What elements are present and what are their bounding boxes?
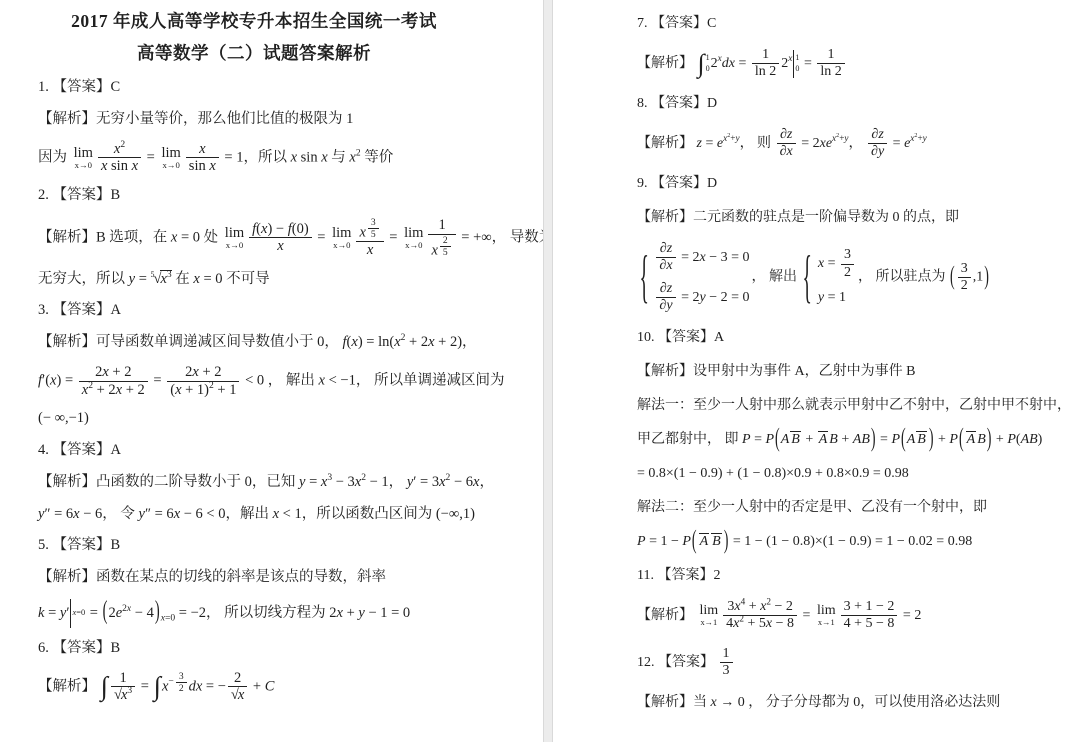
solution-line: 【解析】可导函数单调递减区间导数值小于 0， f(x) = ln(x2 + 2x… xyxy=(38,332,525,354)
solution-line: 【解析】 limx→13x4 + x2 − 24x2 + 5x − 8 = li… xyxy=(637,599,1054,632)
solution-line: = 0.8×(1 − 0.9) + (1 − 0.8)×0.9 + 0.8×0.… xyxy=(637,463,1054,484)
page-divider xyxy=(543,0,553,742)
solution-line: 甲乙都射中， 即 P = P(AB + AB + AB) = P(AB) + P… xyxy=(637,429,1054,450)
solution-line: 因为 limx→0x2x sin x = limx→0xsin x = 1，所以… xyxy=(38,141,525,175)
solution-line: 解法一：至少一人射中那么就表示甲射中乙不射中，乙射中甲不射中， xyxy=(637,395,1054,416)
answer-heading: 9. 【答案】D xyxy=(637,173,1054,194)
answer-heading: 5. 【答案】B xyxy=(38,535,525,557)
solution-line: 解法二：至少一人射中的否定是甲、乙没有一个射中，即 xyxy=(637,497,1054,518)
left-column-content: 1. 【答案】C【解析】无穷小量等价，那么他们比值的极限为 1因为 limx→0… xyxy=(38,77,525,704)
right-column-content: 7. 【答案】C【解析】 ∫102xdx = 1ln 22x10 = 1ln 2… xyxy=(637,13,1054,713)
answer-heading: 6. 【答案】B xyxy=(38,638,525,660)
answer-heading: 1. 【答案】C xyxy=(38,77,525,99)
answer-heading: 4. 【答案】A xyxy=(38,440,525,462)
solution-line: (− ∞,−1) xyxy=(38,408,525,430)
solution-line: 【解析】二元函数的驻点是一阶偏导数为 0 的点，即 xyxy=(637,207,1054,228)
solution-line: 【解析】凸函数的二阶导数小于 0，已知 y = x3 − 3x2 − 1， y′… xyxy=(38,472,525,494)
page-right: 7. 【答案】C【解析】 ∫102xdx = 1ln 22x10 = 1ln 2… xyxy=(553,0,1080,742)
doc-title-line2: 高等数学（二）试题答案解析 xyxy=(38,42,470,66)
solution-line: 【解析】 ∫1√x3 = ∫x−32dx = −2√x + C xyxy=(38,670,525,704)
solution-line: P = 1 − P(AB) = 1 − (1 − 0.8)×(1 − 0.9) … xyxy=(637,531,1054,552)
answer-heading: 12. 【答案】 13 xyxy=(637,646,1054,679)
answer-heading: 2. 【答案】B xyxy=(38,185,525,207)
solution-line: 【解析】函数在某点的切线的斜率是该点的导数，斜率 xyxy=(38,567,525,589)
answer-heading: 11. 【答案】2 xyxy=(637,565,1054,586)
doc-title-line1: 2017 年成人高等学校专升本招生全国统一考试 xyxy=(38,10,470,34)
solution-line: 【解析】无穷小量等价，那么他们比值的极限为 1 xyxy=(38,109,525,131)
answer-heading: 7. 【答案】C xyxy=(637,13,1054,34)
solution-line: 【解析】设甲射中为事件 A，乙射中为事件 B xyxy=(637,361,1054,382)
solution-line: 【解析】B 选项，在 x = 0 处 limx→0f(x) − f(0)x = … xyxy=(38,217,525,259)
solution-line: 【解析】 ∫102xdx = 1ln 22x10 = 1ln 2 xyxy=(637,47,1054,80)
solution-line: y″ = 6x − 6， 令 y″ = 6x − 6 < 0，解出 x < 1，… xyxy=(38,504,525,526)
document-page: { "title": { "line1": "2017 年成人高等学校专升本招生… xyxy=(0,0,1080,742)
answer-heading: 3. 【答案】A xyxy=(38,300,525,322)
solution-line: 【解析】当 x → 0 ， 分子分母都为 0，可以使用洛必达法则 xyxy=(637,692,1054,713)
solution-line: {∂z∂x = 2x − 3 = 0∂z∂y = 2y − 2 = 0， 解出 … xyxy=(637,241,1054,313)
solution-line: k = y′x=0 = (2e2x − 4)x=0 = −2， 所以切线方程为 … xyxy=(38,599,525,628)
answer-heading: 8. 【答案】D xyxy=(637,93,1054,114)
page-left: 2017 年成人高等学校专升本招生全国统一考试 高等数学（二）试题答案解析 1.… xyxy=(0,0,543,742)
solution-line: 无穷大，所以 y = 5√x3 在 x = 0 不可导 xyxy=(38,269,525,291)
solution-line: 【解析】 z = ex2+y， 则 ∂z∂x = 2xex2+y， ∂z∂y =… xyxy=(637,127,1054,160)
answer-heading: 10. 【答案】A xyxy=(637,327,1054,348)
solution-line: f′(x) = 2x + 2x2 + 2x + 2 = 2x + 2(x + 1… xyxy=(38,364,525,398)
